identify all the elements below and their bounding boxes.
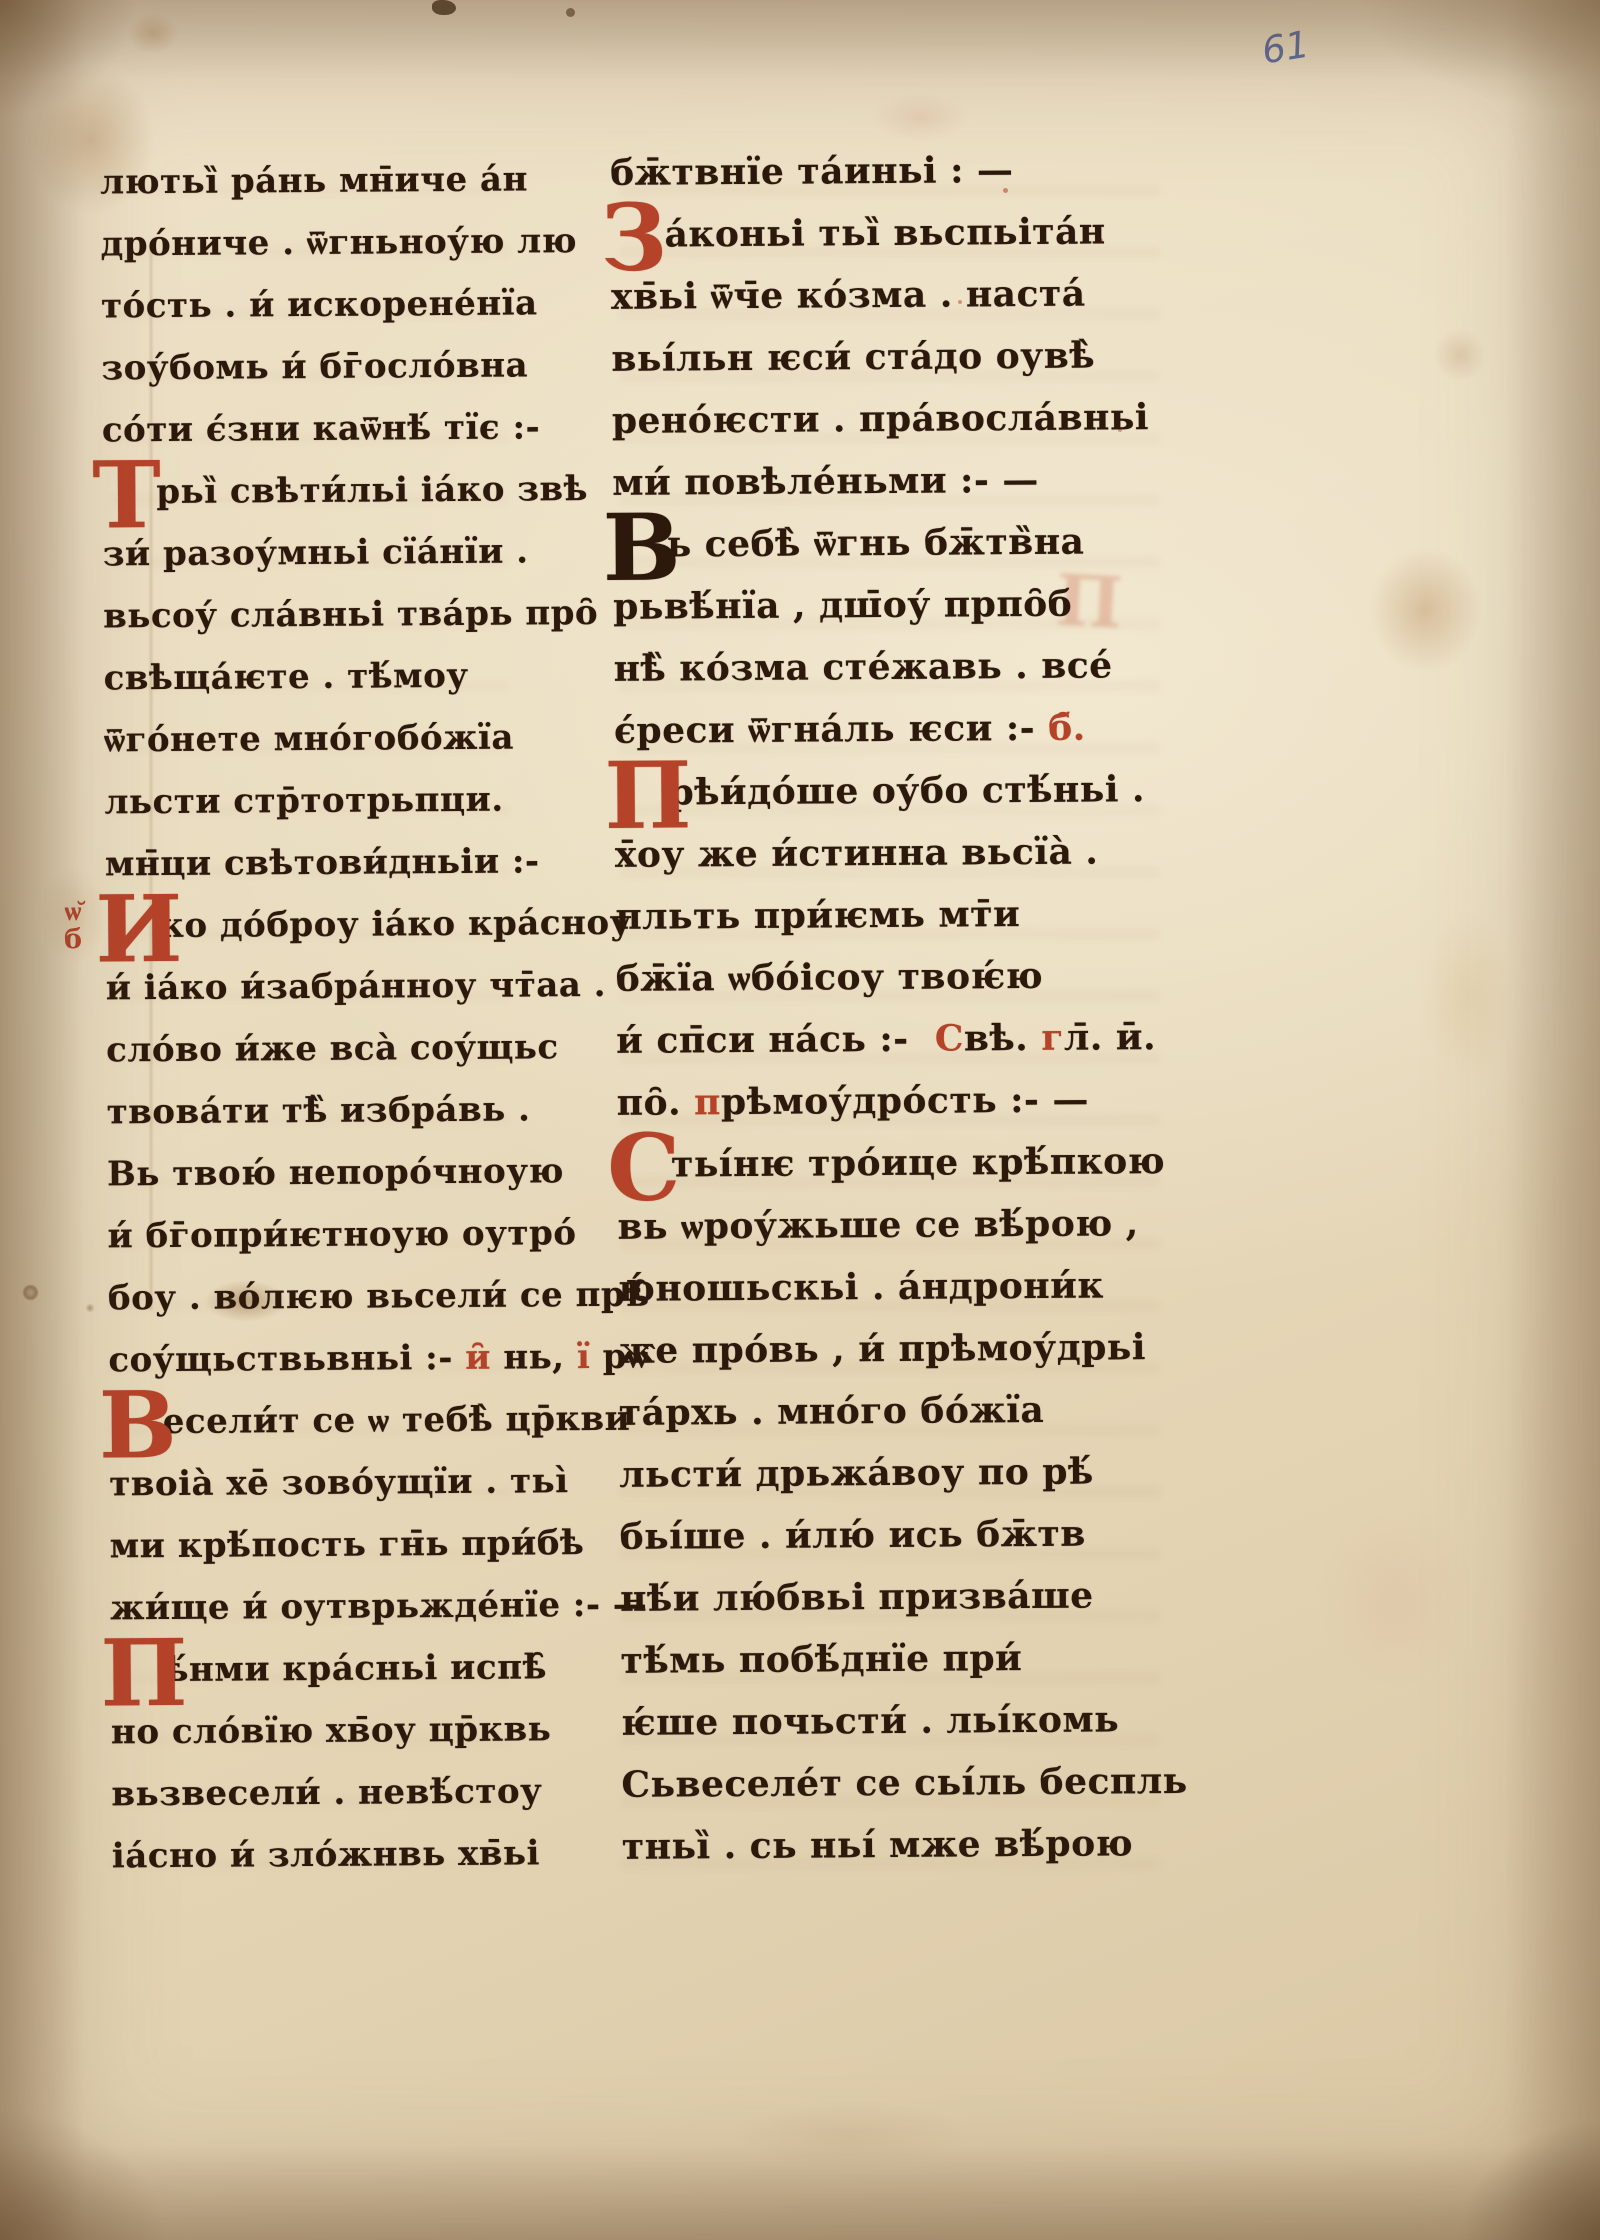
text-run: и́ сп̄си на́сь :- (616, 1018, 935, 1062)
initial-letter: Т (92, 475, 156, 515)
text-line: льсти́ дрьжа́воу по рѣ́ (619, 1440, 1164, 1506)
text-line: є́реси ѿгна́ль ѥси :- б̑. (614, 696, 1159, 762)
pinhole (22, 1284, 39, 1301)
text-line: Стьі́нѥ тро́ице крѣ́пкою (617, 1130, 1162, 1196)
manuscript-photo: П 61 ѡ̆ б лютьі̏ ра́нь мн̄иче а́ндро́нич… (0, 0, 1600, 2240)
text-run: боу . во́лѥю вьсели́ се прѣ̑ (108, 1275, 650, 1319)
text-run: пльть при́ѥмь мт̄и (615, 893, 1020, 938)
text-line: боу . во́лѥю вьсели́ се прѣ̑ (108, 1265, 518, 1330)
text-run: нь, (491, 1337, 577, 1378)
margin-gloss-bottom: б (64, 926, 82, 954)
text-run: льсти стр̄тотрьпци. (104, 780, 503, 823)
ink-speck (566, 8, 575, 17)
text-run: вьзвесели́ . невѣ́стоу (111, 1771, 542, 1814)
initial-letter: И (95, 909, 159, 949)
text-line: рено́ѥсти . пра́восла́вньі (612, 386, 1157, 452)
text-line: бж̄твнїе та́иньі : — (610, 138, 1155, 204)
text-run: со́ти є́зни каѿнѣ́ тїє :- (102, 407, 541, 450)
text-line: За́коньі тьі̏ вьспьіта́н (610, 200, 1155, 266)
text-run: твова́ти тѣ̏ избра́вь . (107, 1089, 531, 1132)
text-run: бж̄твнїе та́иньі : — (610, 149, 1014, 194)
initial-letter: В (99, 1405, 163, 1445)
text-run: тѣ́мь побѣ́днїе при́ (620, 1637, 1022, 1682)
ink-speck (432, 0, 456, 15)
text-run: рѣмоу́дро́сть :- — (721, 1079, 1089, 1124)
rubric-run: б̑. (1048, 707, 1086, 749)
text-run: же про́вь , и́ прѣмоу́дрьі (618, 1326, 1146, 1372)
parchment-page: П 61 ѡ̆ б лютьі̏ ра́нь мн̄иче а́ндро́нич… (0, 0, 1600, 2240)
text-run: твоіа̀ хе̄ зово́ущїи . тьі̀ (109, 1461, 569, 1504)
text-line: дро́ниче . ѿгньноу́ю лю (100, 211, 510, 276)
pinhole (84, 1302, 96, 1314)
text-run: нѣ̏ ко́зма сте́жавь . все́ (613, 644, 1112, 689)
text-line: нѣ́и лю́бвьі призва́ше (620, 1564, 1165, 1630)
text-run: сло́во и́же вса̀ соу́щьс (106, 1027, 559, 1070)
text-line: же про́вь , и́ прѣмоу́дрьі (618, 1316, 1163, 1382)
text-run: лютьі̏ ра́нь мн̄иче а́н (100, 159, 528, 202)
text-line: пльть при́ѥмь мт̄и (615, 882, 1160, 948)
text-line: Пѣ́нми кра́сньі испѣ̑ (110, 1637, 520, 1702)
text-line: Трьі̏ свѣти́льі іа́ко звѣ (102, 459, 512, 524)
text-line: Прѣи́до́ше оу́бо стѣ́ньі . (614, 758, 1159, 824)
text-line: хв̄ьі ѿч̄е ко́зма . наста́ (611, 262, 1156, 328)
text-line: со́ти є́зни каѿнѣ́ тїє :- (102, 397, 512, 462)
text-run: и́ бг̄опри́ѥтноую оутро́ (107, 1213, 576, 1256)
text-run: жи́ще и́ оутврьжде́нїе :- — (110, 1585, 648, 1629)
text-line: вь ѡроу́жьше се вѣ́рою , (617, 1192, 1162, 1258)
stain (1408, 880, 1528, 1110)
text-line: тньі̏ . сь ньі́ мже вѣ́рою (622, 1812, 1167, 1878)
text-line: льсти стр̄тотрьпци. (104, 769, 514, 834)
text-run: ми крѣ́пость гн̄ь при́бѣ (110, 1523, 585, 1566)
text-run: Сьвеселе́т се сьі́ль беспль (621, 1760, 1187, 1806)
text-line: сло́во и́же вса̀ соу́щьс (106, 1017, 516, 1082)
text-run: тьі́нѥ тро́ице крѣ́пкою (671, 1140, 1165, 1185)
text-column-left: лютьі̏ ра́нь мн̄иче а́ндро́ниче . ѿгньно… (100, 149, 522, 1888)
margin-gloss: ѡ̆ б (64, 898, 82, 954)
text-line: рьвѣ́нїа , дш̄оу́ прпо̑б (613, 572, 1158, 638)
initial-letter: С (607, 1148, 671, 1188)
text-line: Вь себѣ̀ ѿгнь бж̄тв̏на (613, 510, 1158, 576)
text-line: вьі́льн ѥси́ ста́до оувѣ̀ (611, 324, 1156, 390)
text-run: ко до́броу іа́ко кра́сноу (159, 903, 632, 946)
rubric-run: и̑ (465, 1338, 491, 1378)
text-run: рѣи́до́ше оу́бо стѣ́ньі . (668, 768, 1145, 813)
initial-letter: П (100, 1653, 164, 1693)
text-run: хв̄ьі ѿч̄е ко́зма . наста́ (611, 273, 1086, 318)
rubric-run: ї (577, 1337, 591, 1377)
rubric-run: п (694, 1081, 721, 1123)
text-line: то́сть . и́ искорене́нїа (101, 273, 511, 338)
initial-letter: В (603, 528, 667, 568)
text-run: свѣща́ѥте . тѣ́моу (103, 656, 468, 699)
text-run: льсти́ дрьжа́воу по рѣ́ (619, 1451, 1094, 1496)
text-column-right: бж̄твнїе та́иньі : —За́коньі тьі̏ вьспьі… (610, 138, 1167, 1878)
text-line: Весели́т се ѡ тебѣ̀ цр̄кви (109, 1389, 519, 1454)
stain (118, 6, 188, 61)
margin-gloss-top: ѡ̆ (64, 898, 82, 926)
text-line: свѣща́ѥте . тѣ́моу (103, 645, 513, 710)
text-line: вьзвесели́ . невѣ́стоу (111, 1761, 521, 1826)
folio-number: 61 (1259, 23, 1312, 73)
text-run: вь ѡроу́жьше се вѣ́рою , (617, 1202, 1139, 1248)
text-run: рьі̏ свѣти́льі іа́ко звѣ (156, 469, 588, 512)
stain (1425, 320, 1495, 390)
text-line: и́ сп̄си на́сь :- Свѣ. гл̄. ӣ. (616, 1006, 1161, 1072)
text-line: лютьі̏ ра́нь мн̄иче а́н (100, 149, 510, 214)
text-run: дро́ниче . ѿгньноу́ю лю (100, 221, 577, 264)
text-line: Вь твою́ непоро́чноую (107, 1141, 517, 1206)
text-run: ѿго́нете мно́гобо́жїа (104, 718, 514, 761)
text-run: ь себѣ̀ ѿгнь бж̄тв̏на (667, 521, 1085, 566)
stain (690, 2090, 1010, 2180)
text-line: нѣ̏ ко́зма сте́жавь . все́ (613, 634, 1158, 700)
text-line: ѿго́нете мно́гобо́жїа (104, 707, 514, 772)
text-run: а́коньі тьі̏ вьспьіта́н (664, 210, 1105, 255)
text-run: Вь твою́ непоро́чноую (107, 1151, 564, 1194)
text-run: вьі́льн ѥси́ ста́до оувѣ̀ (611, 335, 1095, 380)
text-line: ми крѣ́пость гн̄ь при́бѣ (109, 1513, 519, 1578)
text-line: зоу́бомь и́ бг̄осло́вна (101, 335, 511, 400)
rubric-run: г (1041, 1017, 1064, 1059)
text-run: зоу́бомь и́ бг̄осло́вна (101, 345, 528, 388)
text-run: бьі́ше . и́лю́ ись бж̄тв (620, 1513, 1086, 1558)
text-run: то́сть . и́ искорене́нїа (101, 283, 538, 326)
text-line: ю́ношьскьі . а́ндрони́к (618, 1254, 1163, 1320)
text-run: іа́сно и́ зло́жнвь хв̄ьі (112, 1833, 540, 1876)
text-line: іа́сно и́ зло́жнвь хв̄ьі (112, 1823, 522, 1888)
rubric-run: С (935, 1017, 964, 1059)
stain (1290, 1470, 1500, 1720)
text-line: зи́ разоу́мньі сїа́нїи . (103, 521, 513, 586)
stain (1350, 525, 1500, 695)
text-run: та́рхь . мно́го бо́жїа (619, 1389, 1045, 1434)
text-line: бьі́ше . и́лю́ ись бж̄тв (619, 1502, 1164, 1568)
initial-letter: З (600, 218, 664, 258)
text-run: бж̄їа ѡбо́ісоу твоѥ́ю (616, 955, 1044, 1000)
initial-letter: П (604, 776, 668, 816)
text-line: бж̄їа ѡбо́ісоу твоѥ́ю (616, 944, 1161, 1010)
text-run: л̄. ӣ. (1064, 1016, 1156, 1059)
text-run: ѥ́ше почьсти́ . льі́комь (621, 1698, 1119, 1743)
text-line: ми́ повѣле́ньми :- — (612, 448, 1157, 514)
text-line: та́рхь . мно́го бо́жїа (619, 1378, 1164, 1444)
text-line: по̑. прѣмоу́дро́сть :- — (616, 1068, 1161, 1134)
text-run: нѣ́и лю́бвьі призва́ше (620, 1575, 1094, 1620)
text-run: зи́ разоу́мньі сїа́нїи . (103, 531, 529, 574)
text-line: вьсоу́ сла́вньі тва́рь про̑ (103, 583, 513, 648)
text-run: вьсоу́ сла́вньі тва́рь про̑ (103, 593, 598, 636)
text-line: тѣ́мь побѣ́днїе при́ (620, 1626, 1165, 1692)
text-run: тньі̏ . сь ньі́ мже вѣ́рою (622, 1822, 1134, 1868)
text-line: Сьвеселе́т се сьі́ль беспль (621, 1750, 1166, 1816)
text-line: твова́ти тѣ̏ избра́вь . (106, 1079, 516, 1144)
text-run: рено́ѥсти . пра́восла́вньі (612, 396, 1149, 442)
text-run: есели́т се ѡ тебѣ̀ цр̄кви (163, 1399, 631, 1442)
text-line: х̄оу же и́стинна вьсїа̀ . (615, 820, 1160, 886)
text-run: ю́ношьскьі . а́ндрони́к (618, 1265, 1104, 1310)
text-line: ѥ́ше почьсти́ . льі́комь (621, 1688, 1166, 1754)
text-line: и́ бг̄опри́ѥтноую оутро́ (107, 1203, 517, 1268)
text-run: вѣ. (964, 1017, 1042, 1060)
text-run: рьвѣ́нїа , дш̄оу́ прпо̑б (613, 583, 1072, 628)
text-line: Ико до́броу іа́ко кра́сноу (105, 893, 515, 958)
text-run: ѣ́нми кра́сньі испѣ̑ (164, 1647, 547, 1690)
